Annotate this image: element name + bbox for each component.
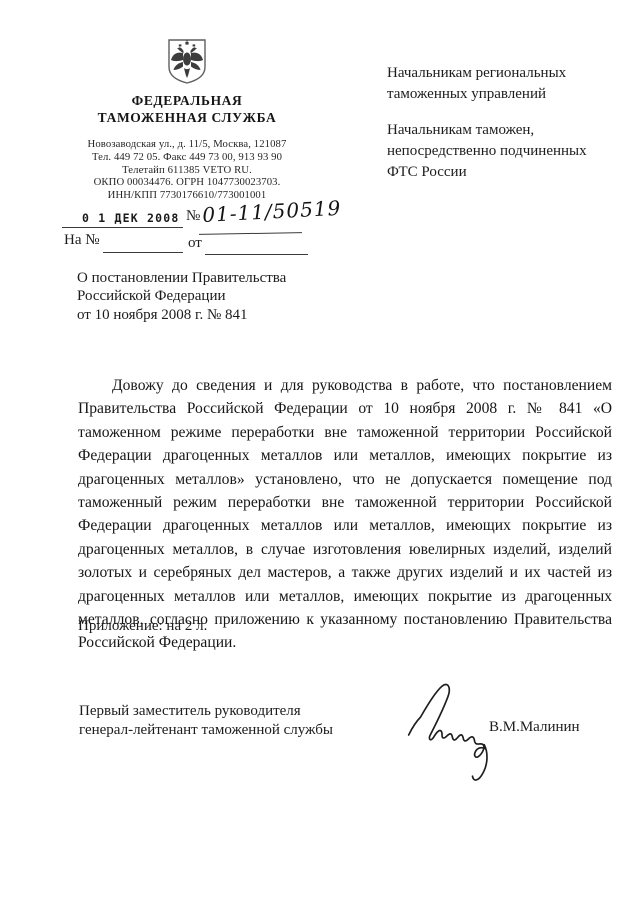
subject: О постановлении Правительства Российской… xyxy=(77,269,377,324)
org-okpo-ogrn: ОКПО 00034476. ОГРН 1047730023703. xyxy=(72,176,302,189)
addressee2-line-1: Начальникам таможен, xyxy=(387,120,622,141)
date-underline xyxy=(62,227,183,228)
reply-date-underline xyxy=(205,254,308,255)
reply-from-label: от xyxy=(188,235,202,252)
scanned-letter-page: ФЕДЕРАЛЬНАЯ ТАМОЖЕННАЯ СЛУЖБА Новозаводс… xyxy=(0,0,640,900)
body-paragraph: Довожу до сведения и для руководства в р… xyxy=(78,374,612,655)
subject-line-3: от 10 ноября 2008 г. № 841 xyxy=(77,306,377,324)
subject-line-1: О постановлении Правительства xyxy=(77,269,377,287)
signer-position-line-2: генерал-лейтенант таможенной службы xyxy=(79,721,369,740)
org-name-line-2: ТАМОЖЕННАЯ СЛУЖБА xyxy=(72,110,302,127)
date-stamp: 0 1 ДЕК 2008 xyxy=(82,211,182,225)
russian-coat-of-arms-icon xyxy=(166,38,208,85)
letterhead: ФЕДЕРАЛЬНАЯ ТАМОЖЕННАЯ СЛУЖБА Новозаводс… xyxy=(72,38,302,202)
org-phone-fax: Тел. 449 72 05. Факс 449 73 00, 913 93 9… xyxy=(72,151,302,164)
handwritten-signature xyxy=(388,678,500,786)
addressee-block: Начальникам региональных таможенных упра… xyxy=(387,63,622,198)
addressee-regional-administrations: Начальникам региональных таможенных упра… xyxy=(387,63,622,105)
signer-name: В.М.Малинин xyxy=(489,719,580,736)
org-teletype: Телетайп 611385 VETO RU. xyxy=(72,164,302,177)
org-contacts: Новозаводская ул., д. 11/5, Москва, 1210… xyxy=(72,138,302,202)
signer-position-line-1: Первый заместитель руководителя xyxy=(79,702,369,721)
number-sign: № xyxy=(186,208,200,225)
org-name-line-1: ФЕДЕРАЛЬНАЯ xyxy=(72,93,302,110)
addressee2-line-3: ФТС России xyxy=(387,162,622,183)
subject-line-2: Российской Федерации xyxy=(77,287,377,305)
number-underline xyxy=(199,232,302,235)
addressee-customs-heads: Начальникам таможен, непосредственно под… xyxy=(387,120,622,183)
signer-position: Первый заместитель руководителя генерал-… xyxy=(79,702,369,740)
addressee1-line-2: таможенных управлений xyxy=(387,84,622,105)
reply-to-label: На № xyxy=(64,232,100,249)
letter-body: Довожу до сведения и для руководства в р… xyxy=(78,374,612,655)
reply-number-underline xyxy=(103,252,183,253)
org-address: Новозаводская ул., д. 11/5, Москва, 1210… xyxy=(72,138,302,151)
org-name: ФЕДЕРАЛЬНАЯ ТАМОЖЕННАЯ СЛУЖБА xyxy=(72,93,302,126)
attachment-note: Приложение: на 2 л. xyxy=(78,618,207,635)
addressee2-line-2: непосредственно подчиненных xyxy=(387,141,622,162)
addressee1-line-1: Начальникам региональных xyxy=(387,63,622,84)
